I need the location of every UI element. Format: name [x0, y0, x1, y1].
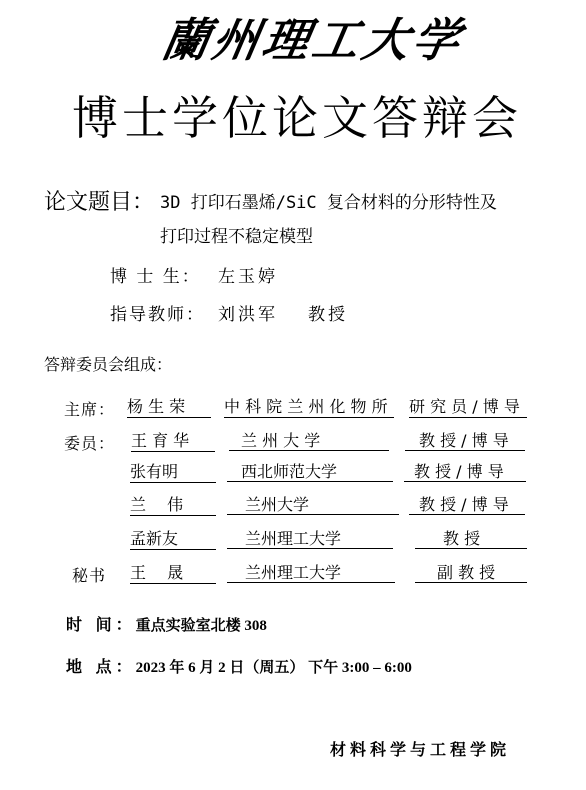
- university-logo: 蘭州理工大学: [158, 12, 438, 68]
- committee-affiliation: 西北师范大学: [227, 462, 393, 482]
- thesis-title-line2: 打印过程不稳定模型: [160, 225, 313, 249]
- committee-row: 孟新友 兰州理工大学 教 授: [0, 529, 586, 555]
- committee-affiliation: 兰州理工大学: [227, 563, 395, 583]
- time-row: 时 间：重点实验室北楼 308: [66, 614, 267, 637]
- candidate-row: 博 士 生：左玉婷: [110, 265, 278, 289]
- committee-title: 教 授 / 博 导: [405, 431, 525, 451]
- committee-affiliation: 中 科 院 兰 州 化 物 所: [224, 397, 394, 418]
- committee-affiliation: 兰州大学: [227, 495, 399, 515]
- page-title: 博士学位论文答辩会: [72, 88, 522, 148]
- time-label: 时 间：: [66, 615, 136, 634]
- committee-name: 杨 生 荣: [127, 397, 211, 418]
- committee-row: 主席： 杨 生 荣 中 科 院 兰 州 化 物 所 研 究 员 / 博 导: [0, 397, 586, 423]
- committee-title: 教 授 / 博 导: [404, 462, 526, 482]
- committee-row: 兰 伟 兰州大学 教 授 / 博 导: [0, 495, 586, 521]
- committee-title: 副 教 授: [415, 563, 527, 583]
- advisor-name: 刘洪军: [218, 305, 278, 325]
- committee-name: 孟新友: [130, 529, 216, 550]
- time-value: 重点实验室北楼 308: [136, 618, 267, 634]
- place-value: 2023 年 6 月 2 日（周五） 下午 3:00 – 6:00: [136, 660, 412, 676]
- committee-affiliation: 兰州理工大学: [227, 529, 393, 549]
- committee-affiliation: 兰 州 大 学: [229, 431, 389, 451]
- candidate-name: 左玉婷: [218, 267, 278, 287]
- committee-role: 主席：: [64, 397, 115, 420]
- candidate-label: 博 士 生：: [110, 265, 218, 289]
- committee-role: 委员：: [64, 431, 115, 454]
- committee-name: 兰 伟: [130, 495, 216, 516]
- committee-name: 王 晟: [130, 563, 216, 584]
- thesis-label: 论文题目：: [44, 188, 154, 218]
- school-name: 材料科学与工程学院: [330, 737, 510, 760]
- committee-title: 研 究 员 / 博 导: [409, 397, 527, 418]
- committee-name: 王 育 华: [131, 431, 215, 452]
- committee-role: 秘书: [72, 563, 106, 586]
- committee-row: 秘书 王 晟 兰州理工大学 副 教 授: [0, 563, 586, 589]
- committee-title: 教 授 / 博 导: [409, 495, 525, 515]
- advisor-row: 指导教师：刘洪军教授: [110, 303, 348, 327]
- committee-row: 委员： 王 育 华 兰 州 大 学 教 授 / 博 导: [0, 431, 586, 457]
- place-row: 地 点：2023 年 6 月 2 日（周五） 下午 3:00 – 6:00: [66, 656, 412, 679]
- committee-row: 张有明 西北师范大学 教 授 / 博 导: [0, 462, 586, 488]
- place-label: 地 点：: [66, 657, 136, 676]
- committee-heading: 答辩委员会组成：: [44, 354, 172, 376]
- committee-title: 教 授: [415, 529, 527, 549]
- advisor-label: 指导教师：: [110, 303, 218, 327]
- advisor-title: 教授: [308, 305, 348, 325]
- thesis-title-line1: 3D 打印石墨烯/SiC 复合材料的分形特性及: [160, 191, 497, 215]
- committee-name: 张有明: [130, 462, 216, 483]
